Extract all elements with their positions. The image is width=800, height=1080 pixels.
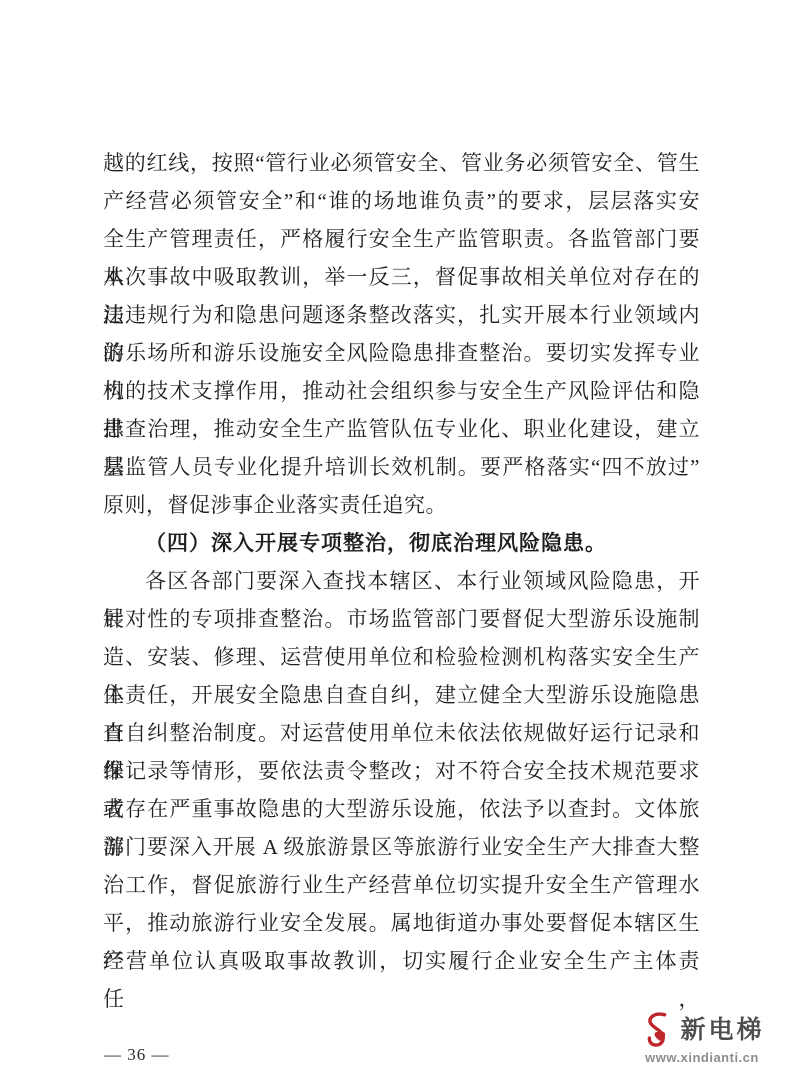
document-body: 越的红线，按照“管行业必须管安全、管业务必须管安全、管生产经营必须管安全”和“谁… bbox=[103, 144, 700, 980]
text-line: 构的技术支撑作用，推动社会组织参与安全生产风险评估和隐患 bbox=[103, 372, 700, 410]
text-line: 针对性的专项排查整治。市场监管部门要督促大型游乐设施制 bbox=[103, 600, 700, 638]
text-line: 排查治理，推动安全生产监管队伍专业化、职业化建设，建立基 bbox=[103, 410, 700, 448]
text-line: 查自纠整治制度。对运营使用单位未依法依规做好运行记录和维 bbox=[103, 714, 700, 752]
text-line: 体责任，开展安全隐患自查自纠，建立健全大型游乐设施隐患自 bbox=[103, 676, 700, 714]
text-line: 本次事故中吸取教训，举一反三，督促事故相关单位对存在的违 bbox=[103, 258, 700, 296]
text-line: 者存在严重事故隐患的大型游乐设施，依法予以查封。文体旅游 bbox=[103, 790, 700, 828]
red-swirl-8-heart-icon bbox=[639, 1011, 677, 1049]
text-line: 全生产管理责任，严格履行安全生产监管职责。各监管部门要从 bbox=[103, 220, 700, 258]
page-number: — 36 — bbox=[104, 1045, 170, 1065]
text-line: 保记录等情形，要依法责令整改；对不符合安全技术规范要求或 bbox=[103, 752, 700, 790]
text-line: 原则，督促涉事企业落实责任追究。 bbox=[103, 486, 700, 524]
text-line: 治工作，督促旅游行业生产经营单位切实提升安全生产管理水 bbox=[103, 866, 700, 904]
logo-brand-row: 新电梯 bbox=[612, 1011, 792, 1049]
text-line: 部门要深入开展 A 级旅游景区等旅游行业安全生产大排查大整 bbox=[103, 828, 700, 866]
xindianti-logo: 新电梯 www.xindianti.cn bbox=[612, 1011, 792, 1064]
text-line: 游乐场所和游乐设施安全风险隐患排查整治。要切实发挥专业机 bbox=[103, 334, 700, 372]
text-line: 法违规行为和隐患问题逐条整改落实，扎实开展本行业领域内的 bbox=[103, 296, 700, 334]
text-line: 越的红线，按照“管行业必须管安全、管业务必须管安全、管生 bbox=[103, 144, 700, 182]
logo-brand-text: 新电梯 bbox=[680, 1018, 764, 1043]
text-line: 产经营必须管安全”和“谁的场地谁负责”的要求，层层落实安 bbox=[103, 182, 700, 220]
text-line: 平，推动旅游行业安全发展。属地街道办事处要督促本辖区生产 bbox=[103, 904, 700, 942]
text-line: 各区各部门要深入查找本辖区、本行业领域风险隐患，开展 bbox=[103, 562, 700, 600]
text-line: 层监管人员专业化提升培训长效机制。要严格落实“四不放过” bbox=[103, 448, 700, 486]
document-page: 越的红线，按照“管行业必须管安全、管业务必须管安全、管生产经营必须管安全”和“谁… bbox=[0, 0, 800, 1080]
text-line: （四）深入开展专项整治，彻底治理风险隐患。 bbox=[103, 524, 700, 562]
text-line: 经营单位认真吸取事故教训，切实履行企业安全生产主体责任， bbox=[103, 942, 700, 980]
logo-website-url: www.xindianti.cn bbox=[612, 1051, 792, 1064]
text-line: 造、安装、修理、运营使用单位和检验检测机构落实安全生产主 bbox=[103, 638, 700, 676]
